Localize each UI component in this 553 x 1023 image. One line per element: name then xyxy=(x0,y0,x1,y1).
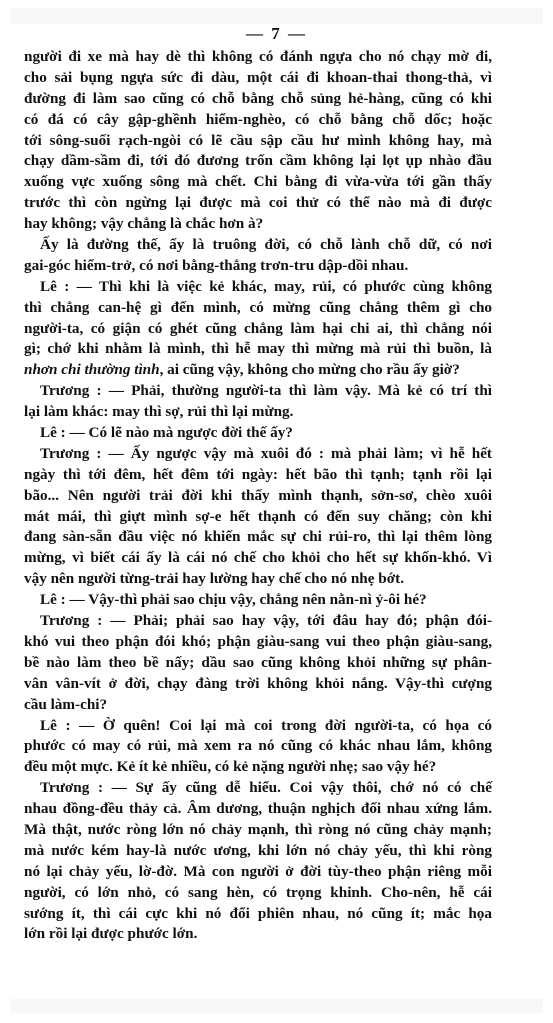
text-line: Mà thật, nước ròng lớn nó chảy mạnh, thì… xyxy=(24,820,492,841)
text-line: người, có lớn nhỏ, có sang hèn, có trọng… xyxy=(24,883,492,904)
text-line: sướng ít, thì cái cực khi nó đổi phiên n… xyxy=(24,904,492,925)
text-line: có đá có cây gập-ghềnh hiểm-nghèo, có ch… xyxy=(24,110,492,131)
line-text: , ai cũng vậy, không cho mừng cho rầu ấy… xyxy=(160,361,460,378)
text-line: xuống vực xuống sông mà chết. Chi bằng đ… xyxy=(24,172,492,193)
text-line: bão... Nên người trải đời khi thấy mình … xyxy=(24,486,492,507)
text-line: gì; chớ khi nhằm là mình, thì hễ may thì… xyxy=(24,339,492,360)
text-line: đang sàn-sẵn đầu việc nó khiến mắc sự ch… xyxy=(24,527,492,548)
text-line: Trương : — Phải; phải sao hay vậy, tới đ… xyxy=(24,611,492,632)
text-line: mà nước kém hay-là nước ương, khi lớn nó… xyxy=(24,841,492,862)
text-line: vậy nên người từng-trải hay lường hay ch… xyxy=(24,569,492,590)
text-line: chạy dầm-sầm đi, tới đó đương trốn cầm k… xyxy=(24,151,492,172)
text-line: bề nào làm theo bề nấy; dầu sao cũng khô… xyxy=(24,653,492,674)
text-line: đều một mực. Kẻ ít kẻ nhiều, có kẻ nặng … xyxy=(24,757,492,778)
text-line: ngày thì tới đêm, hết đêm tới ngày: hết … xyxy=(24,465,492,486)
text-line: thì chẳng can-hệ gì đến mình, có mừng cũ… xyxy=(24,298,492,319)
scan-top-edge xyxy=(10,8,543,24)
text-line: Trương : — Phải, thường người-ta thì làm… xyxy=(24,381,492,402)
text-line: hay không; vậy chẳng là chắc hơn à? xyxy=(24,214,492,235)
text-line: gai-góc hiểm-trở, có nơi bằng-thẳng trơn… xyxy=(24,256,492,277)
text-line: nhau đồng-đều thảy cả. Âm dương, thuận n… xyxy=(24,799,492,820)
text-line: nó lại chảy yếu, lờ-đờ. Mà con người ở đ… xyxy=(24,862,492,883)
text-line: lớn rồi lại được phước lớn. xyxy=(24,924,492,945)
text-line: cho sải bụng ngựa sức đi dàu, một cái đi… xyxy=(24,68,492,89)
italic-phrase: nhơn chi thường tình xyxy=(24,361,160,378)
text-line: Trương : — Ấy ngược vậy mà xuôi đó : mà … xyxy=(24,444,492,465)
text-line: mát mái, thì giựt mình sợ-e hết thạnh có… xyxy=(24,507,492,528)
text-line: khó vui theo phận đói khó; phận giàu-san… xyxy=(24,632,492,653)
scan-bottom-edge xyxy=(10,999,543,1013)
text-line: phước có may có rủi, mà xem ra nó cũng c… xyxy=(24,736,492,757)
text-line: lại làm khác: may thì sợ, rủi thì lại mừ… xyxy=(24,402,492,423)
text-line: Lê : — Có lẽ nào mà ngược đời thế ấy? xyxy=(24,423,492,444)
text-line: người-ta, có giận có ghét cũng chẳng làm… xyxy=(24,319,492,340)
scanned-page: — 7 — người đi xe mà hay dè thì không có… xyxy=(0,0,553,1023)
text-line: nhơn chi thường tình, ai cũng vậy, không… xyxy=(24,360,492,381)
text-line: Trương : — Sự ấy cũng dễ hiểu. Coi vậy t… xyxy=(24,778,492,799)
text-line: Ấy là đường thế, ấy là truông đời, có ch… xyxy=(24,235,492,256)
text-line: người đi xe mà hay dè thì không có đánh … xyxy=(24,47,492,68)
body-text: người đi xe mà hay dè thì không có đánh … xyxy=(24,47,492,945)
text-line: cầu làm-chi? xyxy=(24,695,492,716)
text-line: Lê : — Vậy-thì phải sao chịu vậy, chẳng … xyxy=(24,590,492,611)
text-line: mừng, vì biết cái ấy là cái nó chế cho k… xyxy=(24,548,492,569)
text-line: trước thì còn ngừng lại được mà coi thử … xyxy=(24,193,492,214)
text-line: Lê : — Ờ quên! Coi lại mà coi trong đời … xyxy=(24,716,492,737)
text-line: Lê : — Thì khi là việc kẻ khác, may, rủi… xyxy=(24,277,492,298)
page-number: — 7 — xyxy=(0,24,553,44)
text-line: tới sông-suối rạch-ngòi có lẽ cầu sập cầ… xyxy=(24,131,492,152)
text-line: đường đi làm sao cũng có chỗ bằng chỗ sủ… xyxy=(24,89,492,110)
text-line: vân vân-vít ở đời, chạy đàng trời không … xyxy=(24,674,492,695)
